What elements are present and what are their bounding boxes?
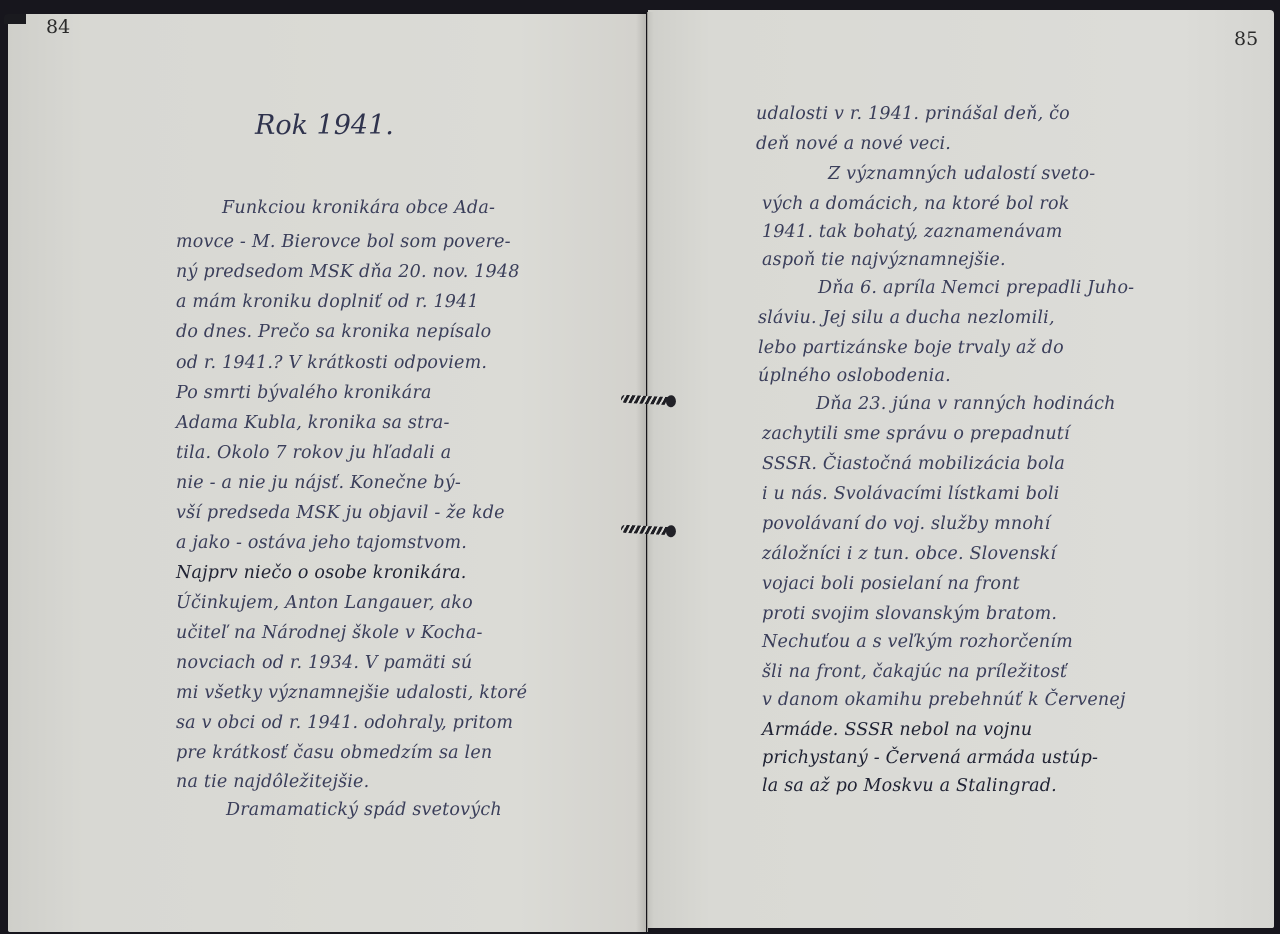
handwritten-line: Účinkujem, Anton Langauer, ako <box>176 593 473 613</box>
handwritten-line: la sa až po Moskvu a Stalingrad. <box>762 776 1057 796</box>
chapter-title: Rok 1941. <box>255 110 394 141</box>
handwritten-line: Adama Kubla, kronika sa stra- <box>176 413 450 433</box>
handwritten-line: Dňa 23. júna v ranných hodinách <box>816 394 1116 414</box>
handwritten-line: proti svojim slovanským bratom. <box>762 604 1057 624</box>
handwritten-line: lebo partizánske boje trvaly až do <box>758 338 1064 358</box>
handwritten-line: Armáde. SSSR nebol na vojnu <box>762 720 1032 740</box>
handwritten-line: mi všetky významnejšie udalosti, ktoré <box>176 683 527 703</box>
handwritten-line: vší predseda MSK ju objavil - že kde <box>176 503 505 523</box>
handwritten-line: vých a domácich, na ktoré bol rok <box>762 194 1070 214</box>
handwritten-line: sláviu. Jej silu a ducha nezlomili, <box>758 308 1055 328</box>
handwritten-line: Po smrti bývalého kronikára <box>176 383 432 403</box>
handwritten-line: 1941. tak bohatý, zaznamenávam <box>762 222 1063 242</box>
handwritten-line: a mám kroniku doplniť od r. 1941 <box>176 292 479 312</box>
book-spine <box>647 12 648 932</box>
handwritten-line: nie - a nie ju nájsť. Konečne bý- <box>176 473 461 493</box>
handwritten-line: deň nové a nové veci. <box>756 134 951 154</box>
handwritten-line: do dnes. Prečo sa kronika nepísalo <box>176 322 491 342</box>
handwritten-line: tila. Okolo 7 rokov ju hľadali a <box>176 443 451 463</box>
handwritten-line: učiteľ na Národnej škole v Kocha- <box>176 623 483 643</box>
page-corner-tab <box>4 14 26 24</box>
handwritten-line: Z významných udalostí sveto- <box>828 164 1095 184</box>
handwritten-line: zachytili sme správu o prepadnutí <box>762 424 1070 444</box>
page-number-right: 85 <box>1234 28 1258 50</box>
handwritten-line: v danom okamihu prebehnúť k Červenej <box>762 690 1126 710</box>
handwritten-line: Funkciou kronikára obce Ada- <box>222 198 495 218</box>
handwritten-line: Najprv niečo o osobe kronikára. <box>176 563 467 583</box>
handwritten-line: od r. 1941.? V krátkosti odpoviem. <box>176 353 487 373</box>
handwritten-line: Dňa 6. apríla Nemci prepadli Juho- <box>818 278 1134 298</box>
handwritten-line: movce - M. Bierovce bol som poverе- <box>176 232 511 252</box>
handwritten-line: povolávaní do voj. služby mnohí <box>762 514 1050 534</box>
handwritten-line: Nechuťou a s veľkým rozhorčením <box>762 632 1073 652</box>
handwritten-line: šli na front, čakajúc na príležitosť <box>762 662 1067 682</box>
handwritten-line: úplného oslobodenia. <box>758 366 951 386</box>
handwritten-line: prichystaný - Červená armáda ustúp- <box>762 748 1098 768</box>
handwritten-line: sa v obci od r. 1941. odohraly, pritom <box>176 713 513 733</box>
handwritten-line: záložníci i z tun. obce. Slovenskí <box>762 544 1056 564</box>
handwritten-line: a jako - ostáva jeho tajomstvom. <box>176 533 467 553</box>
handwritten-line: SSSR. Čiastočná mobilizácia bola <box>762 454 1065 474</box>
handwritten-line: pre krátkosť času obmedzím sa len <box>176 743 492 763</box>
handwritten-line: ný predsedom MSK dňa 20. nov. 1948 <box>176 262 520 282</box>
handwritten-line: aspoň tie najvýznamnejšie. <box>762 250 1006 270</box>
handwritten-line: udalosti v r. 1941. prinášal deň, čo <box>756 104 1070 124</box>
handwritten-line: vojaci boli posielaní na front <box>762 574 1020 594</box>
handwritten-line: novciach od r. 1934. V pamäti sú <box>176 653 472 673</box>
handwritten-line: na tie najdôležitejšie. <box>176 772 369 792</box>
page-number-left: 84 <box>46 16 70 38</box>
handwritten-line: Dramamatický spád svetových <box>226 800 502 820</box>
handwritten-line: i u nás. Svolávacími lístkami boli <box>762 484 1059 504</box>
